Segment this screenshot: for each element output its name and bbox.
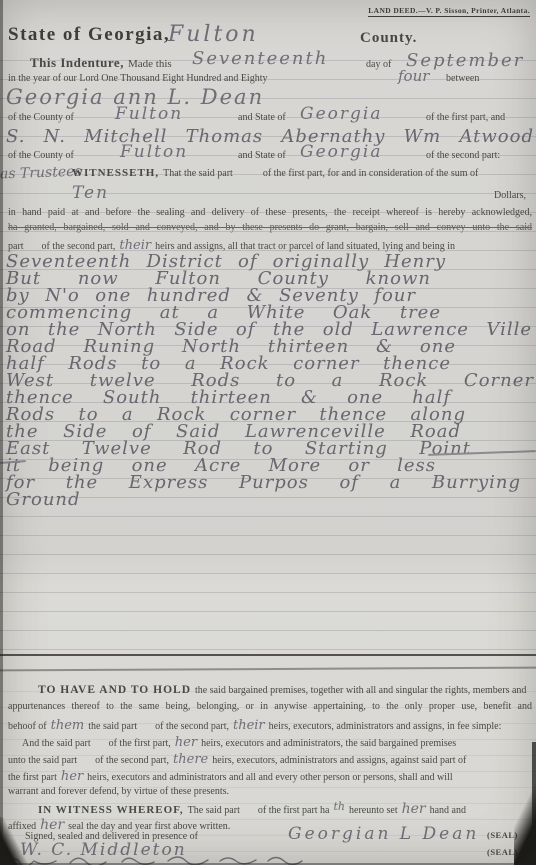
habendum-line4-pre1: And the said part — [22, 738, 91, 749]
county-value-handwritten: Fulton — [168, 22, 259, 47]
between-label: between — [446, 73, 479, 84]
page-seam-rule — [0, 667, 536, 672]
habendum-line3-post: heirs, executors, administrators and ass… — [269, 721, 502, 732]
grantee-names-handwritten: S. N. Mitchell Thomas Abernathy Wm Atwoo… — [6, 126, 534, 147]
habendum-line2: appurtenances thereof to the same being,… — [8, 701, 532, 712]
witnesseth-lead: WITNESSETH, — [72, 167, 159, 179]
grantee-county-handwritten: Fulton — [120, 142, 188, 162]
habendum-line3-mid1: the said part — [88, 721, 137, 732]
page-corner-bottom-right — [514, 770, 536, 865]
habendum-line6-post: heirs, executors and administrators and … — [87, 772, 452, 783]
witness-b: hereunto set — [349, 805, 398, 816]
witness-whereof-lead: IN WITNESS WHEREOF, — [38, 804, 184, 816]
witnesseth-line: WITNESSETH,That the said partof the firs… — [72, 167, 478, 179]
page-corner-bottom-left — [0, 817, 28, 865]
first-part-label: of the first part, and — [426, 112, 505, 123]
witness-a1: The said part — [188, 805, 240, 816]
habendum-there-handwritten: there — [173, 752, 208, 767]
habendum-line3-mid2: of the second part, — [155, 721, 229, 732]
habendum-her-handwritten: her — [175, 735, 197, 750]
habendum-her2-handwritten: her — [61, 769, 83, 784]
witness-clause-line1: IN WITNESS WHEREOF,The said partof the f… — [38, 801, 466, 817]
receipt-line: in hand paid at and before the sealing a… — [8, 207, 532, 218]
witness-a2: of the first part ha — [258, 805, 330, 816]
habendum-line4: And the said partof the first part,herhe… — [22, 735, 456, 750]
page-edge-left — [0, 0, 3, 865]
deed-body-line: Ground — [6, 489, 306, 510]
habendum-line6-pre: the first part — [8, 772, 57, 783]
printer-imprint: LAND DEED.—V. P. Sisson, Printer, Atlant… — [368, 6, 530, 17]
grantor-county-handwritten: Fulton — [115, 104, 183, 124]
day-of-label: day of — [366, 59, 391, 70]
made-this-label: Made this — [128, 58, 172, 70]
grantor-county-label: of the County of — [8, 112, 74, 123]
indenture-lead: This Indenture, — [30, 55, 124, 70]
indenture-line: This Indenture,Made this — [30, 55, 176, 71]
trustees-margin-note-handwritten: as Trustees — [0, 164, 82, 183]
grantor-signature: Georgian L Dean — [288, 824, 479, 844]
habendum-their-handwritten: their — [233, 718, 265, 733]
amount-handwritten: Ten — [72, 183, 109, 203]
witness-th-handwritten: th — [334, 800, 346, 813]
habendum-line5-pre1: unto the said part — [8, 755, 77, 766]
year-value-handwritten: four — [398, 67, 429, 85]
habendum-line1: TO HAVE AND TO HOLDthe said bargained pr… — [38, 684, 526, 696]
habendum-line5-post: heirs, executors, administrators and ass… — [212, 755, 466, 766]
dollars-label: Dollars, — [494, 190, 526, 201]
county-label: County. — [360, 30, 417, 47]
year-line: in the year of our Lord One Thousand Eig… — [8, 73, 267, 84]
habendum-line4-pre2: of the first part, — [109, 738, 171, 749]
witnesseth-clause2: of the first part, for and in considerat… — [263, 168, 479, 179]
habendum-line1-rest: the said bargained premises, together wi… — [195, 685, 526, 696]
habendum-line3-pre: behoof of — [8, 721, 47, 732]
second-part-label: of the second part: — [426, 150, 500, 161]
deed-document-page: LAND DEED.—V. P. Sisson, Printer, Atlant… — [0, 0, 536, 865]
habendum-line6: the first partherheirs, executors and ad… — [8, 769, 453, 784]
habendum-line7: warrant and forever defend, by virtue of… — [8, 786, 229, 797]
witnesseth-clause1: That the said part — [163, 168, 233, 179]
habendum-lead: TO HAVE AND TO HOLD — [38, 684, 191, 696]
habendum-line3: behoof ofthemthe said partof the second … — [8, 718, 501, 733]
habendum-them-handwritten: them — [51, 718, 85, 733]
grantee-county-label: of the County of — [8, 150, 74, 161]
habendum-line4-post: heirs, executors and administrators, the… — [201, 738, 456, 749]
grantee-state-handwritten: Georgia — [300, 142, 382, 162]
state-title: State of Georgia, — [8, 24, 170, 46]
witness-c: hand and — [430, 805, 466, 816]
page-seam-line — [0, 654, 536, 656]
grantor-state-handwritten: Georgia — [300, 104, 382, 124]
day-value-handwritten: Seventeenth — [192, 48, 328, 69]
habendum-line5: unto the said partof the second part,the… — [8, 752, 466, 767]
struck-granting-line: ha granted, bargained, sold and conveyed… — [8, 222, 532, 233]
grantee-state-label: and State of — [238, 150, 286, 161]
witness-her-hand-handwritten: her — [402, 801, 426, 817]
habendum-line5-pre2: of the second part, — [95, 755, 169, 766]
grantor-state-label: and State of — [238, 112, 286, 123]
